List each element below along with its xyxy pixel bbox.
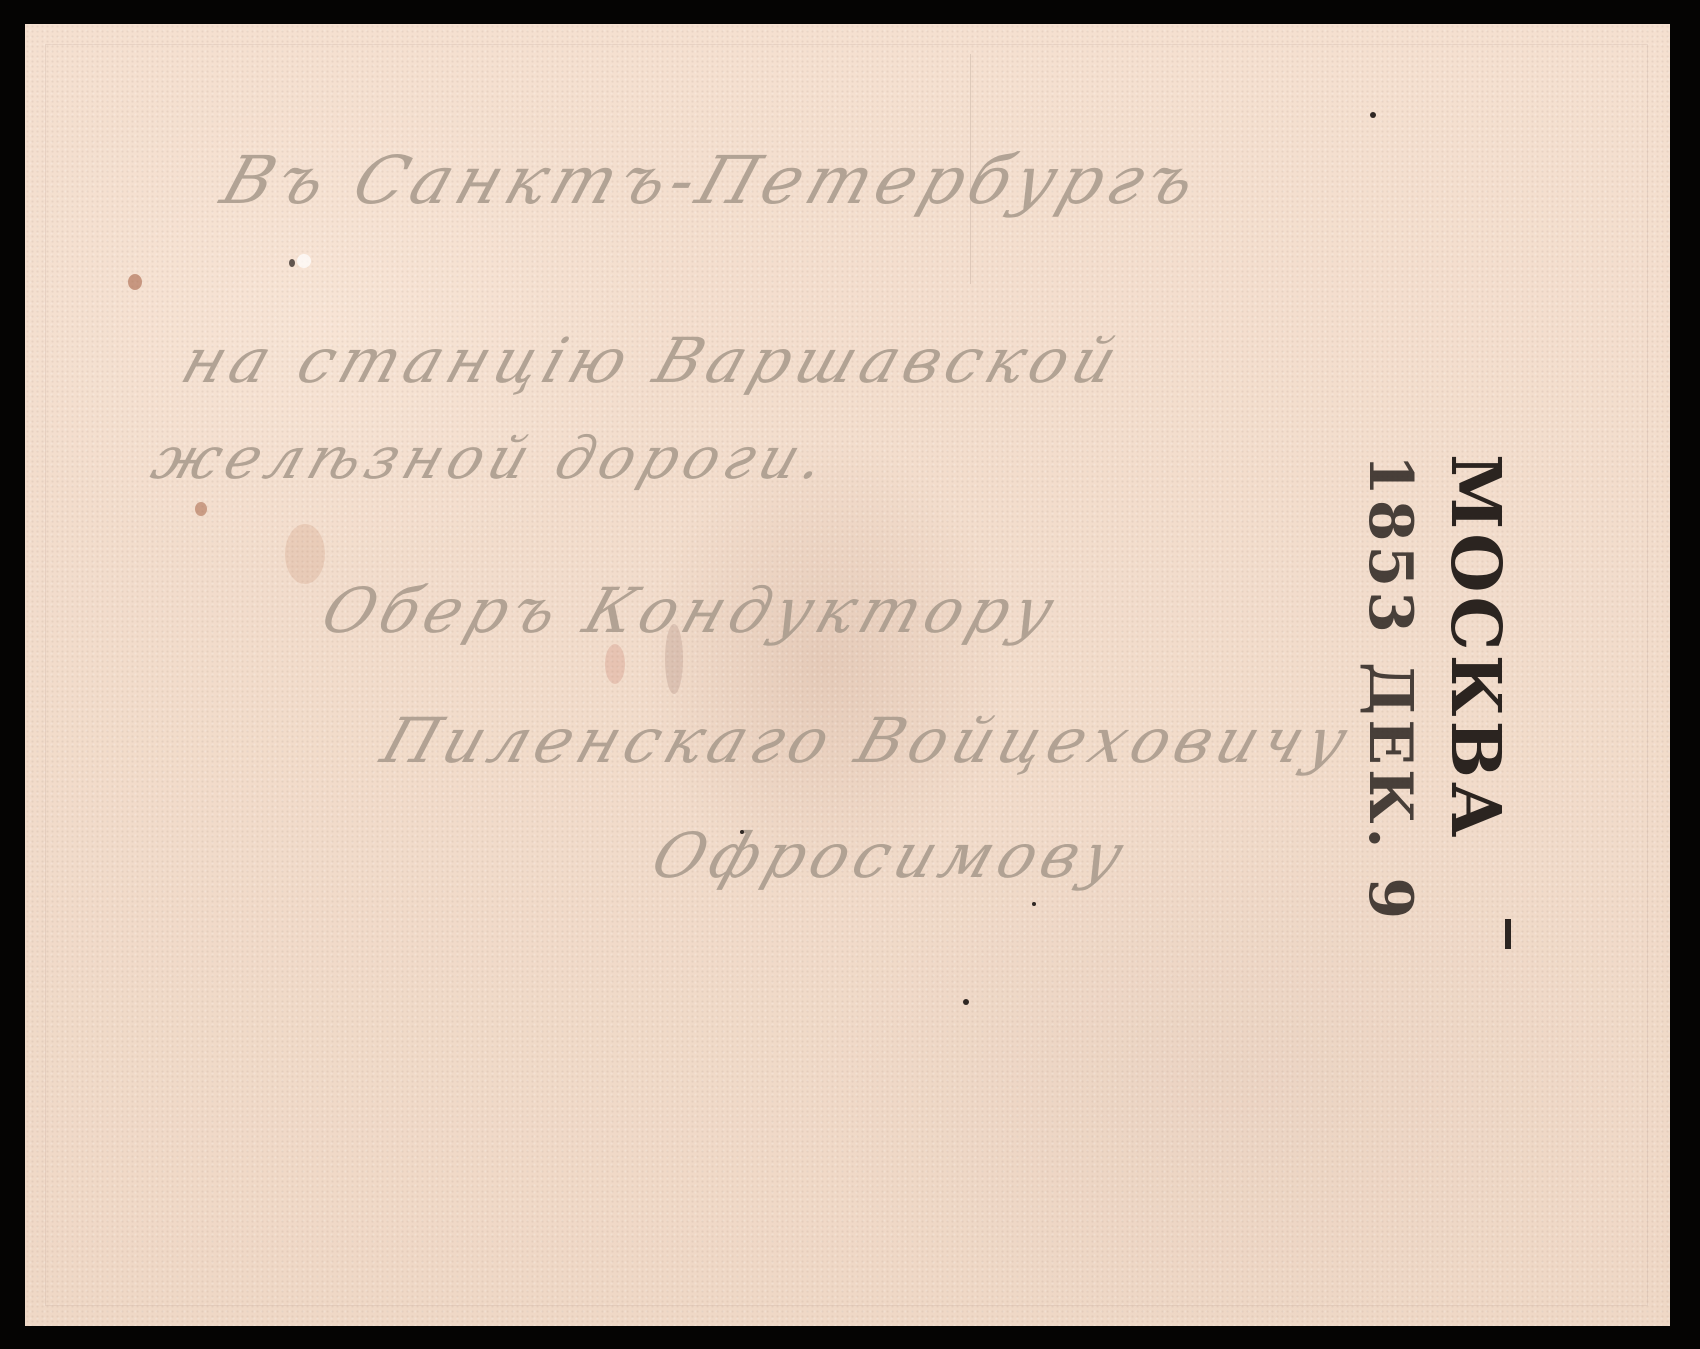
address-line-5: Пиленскаго Войцеховичу (373, 704, 1362, 777)
pinhole (289, 259, 295, 267)
address-line-6: Офросимову (643, 819, 1139, 892)
postmark: МОСКВА 1853 ДЕК. 9 (1315, 454, 1545, 954)
postmark-city: МОСКВА (1435, 454, 1515, 841)
ink-dot (1032, 902, 1036, 906)
postmark-date: 1853 ДЕК. 9 (1355, 454, 1425, 923)
address-line-4: Оберъ Кондуктору (313, 574, 1069, 647)
foxing-stain (285, 524, 325, 584)
ink-dot (1370, 112, 1376, 118)
address-line-2: на станцію Варшавской (173, 324, 1132, 397)
foxing-stain (195, 502, 207, 516)
foxing-stain (605, 644, 625, 684)
foxing-stain (128, 274, 142, 290)
postmark-mark (1505, 919, 1511, 949)
address-line-3: желѣзной дороги. (144, 424, 840, 492)
envelope: Въ Санктъ-Петербургъ на станцію Варшавск… (25, 24, 1670, 1326)
pinhole (297, 254, 311, 268)
ink-dot (963, 999, 969, 1005)
address-line-1: Въ Санктъ-Петербургъ (212, 142, 1211, 219)
ink-dot (740, 830, 744, 834)
